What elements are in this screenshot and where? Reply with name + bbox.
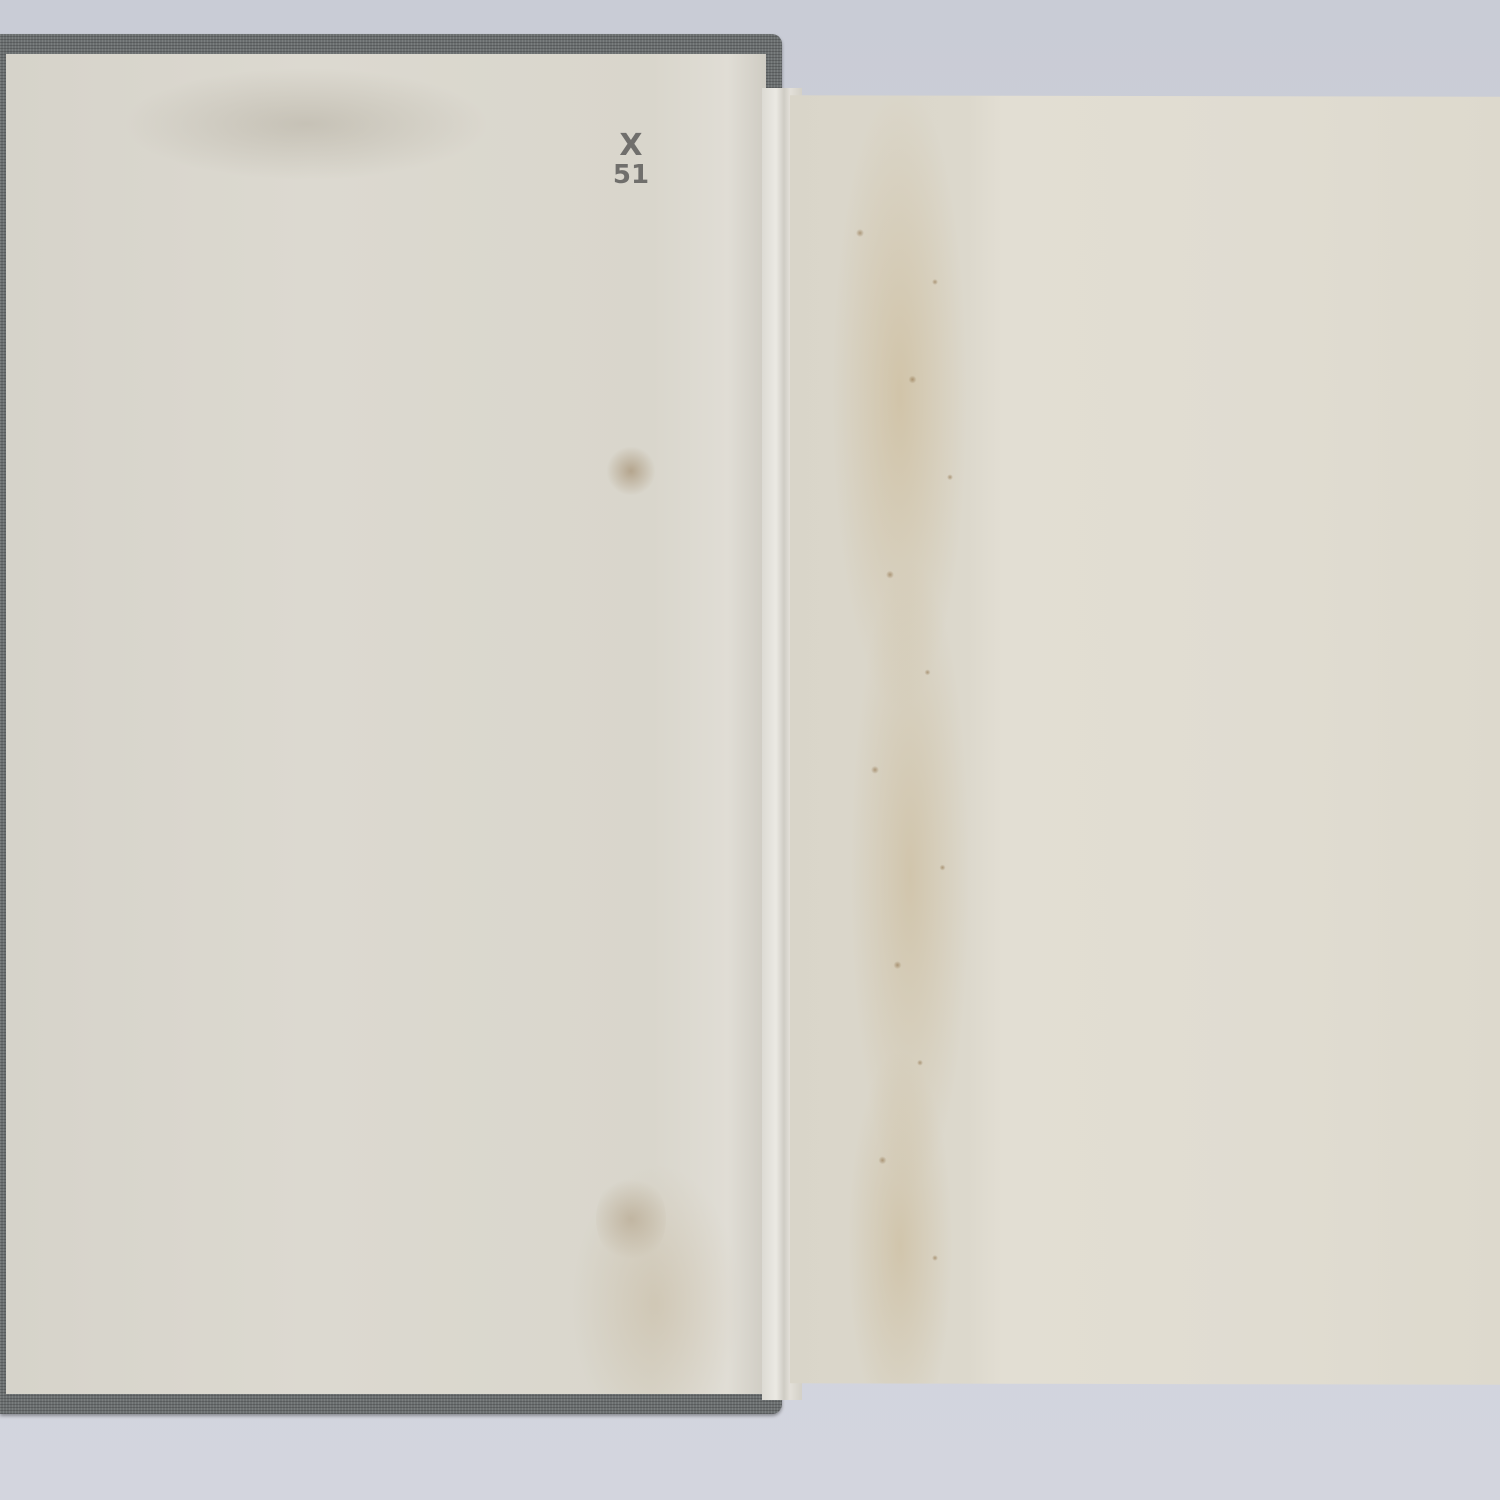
- right-flyleaf-page: [790, 95, 1500, 1384]
- stain-spot: [596, 1174, 666, 1264]
- image-description: Grey cloth-bound cover with a blank left…: [0, 0, 1, 1]
- foxing-stains: [830, 135, 980, 1355]
- stain-spot: [606, 446, 656, 496]
- shelf-mark-number: 51: [608, 162, 654, 189]
- pencil-shelf-mark: X 51: [608, 130, 654, 189]
- left-pastedown-endpaper: [6, 54, 766, 1394]
- book-photo: Grey cloth-bound cover with a blank left…: [0, 0, 1500, 1500]
- shelf-mark-letter: X: [608, 130, 654, 162]
